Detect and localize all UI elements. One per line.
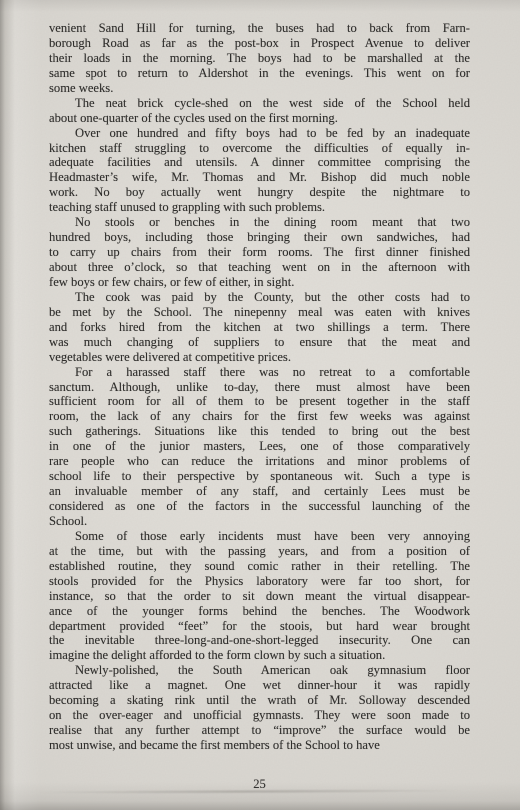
text-line: an invaluable member of any staff, and c…	[49, 484, 470, 499]
text-line: No stools or benches in the dining room …	[49, 215, 470, 230]
text-line: imagine the delight afforded to the form…	[49, 648, 470, 663]
text-line: about one-quarter of the cycles used on …	[49, 111, 470, 126]
text-line: established routine, they sound comic ra…	[49, 559, 470, 574]
text-line: their loads in the morning. The boys had…	[49, 51, 470, 66]
text-line: The neat brick cycle-shed on the west si…	[49, 96, 470, 111]
text-line: The cook was paid by the County, but the…	[49, 290, 470, 305]
text-line: venient Sand Hill for turning, the buses…	[49, 21, 470, 36]
text-line: school life to their perspective by spon…	[49, 469, 470, 484]
text-line: instance, so that the order to sit down …	[49, 589, 470, 604]
scanned-book-page: venient Sand Hill for turning, the buses…	[0, 0, 520, 810]
text-line: Over one hundred and fifty boys had to b…	[49, 126, 470, 141]
paragraph: For a harassed staff there was no retrea…	[49, 365, 470, 529]
text-line: considered as one of the factors in the …	[49, 499, 470, 514]
text-line: realise that any further attempt to “imp…	[49, 723, 470, 738]
text-line: the inevitable three-long-and-one-short-…	[49, 633, 470, 648]
text-line: some weeks.	[49, 81, 470, 96]
paragraph: venient Sand Hill for turning, the buses…	[49, 21, 470, 96]
paragraph: Over one hundred and fifty boys had to b…	[49, 126, 470, 216]
text-line: on the over-eager and unofficial gymnast…	[49, 708, 470, 723]
text-line: at the time, but with the passing years,…	[49, 544, 470, 559]
text-line: most unwise, and became the first member…	[49, 738, 470, 753]
paragraph: The cook was paid by the County, but the…	[49, 290, 470, 365]
text-line: department provided “feet” for the stooi…	[49, 619, 470, 634]
paragraph: Some of those early incidents must have …	[49, 529, 470, 663]
page-number: 25	[49, 777, 470, 792]
text-line: vegetables were delivered at competitive…	[49, 350, 470, 365]
text-line: and forks hired from the kitchen at two …	[49, 320, 470, 335]
text-line: sufficient room for all of them to be pr…	[49, 394, 470, 409]
text-line: such gatherings. Situations like this te…	[49, 424, 470, 439]
text-line: adequate facilities and utensils. A dinn…	[49, 155, 470, 170]
text-line: borough Road as far as the post-box in P…	[49, 36, 470, 51]
text-line: Headmaster’s wife, Mr. Thomas and Mr. Bi…	[49, 170, 470, 185]
text-line: ance of the younger forms behind the ben…	[49, 604, 470, 619]
text-line: Some of those early incidents must have …	[49, 529, 470, 544]
text-line: For a harassed staff there was no retrea…	[49, 365, 470, 380]
text-line: about three o’clock, so that teaching we…	[49, 260, 470, 275]
text-line: kitchen staff struggling to overcome the…	[49, 141, 470, 156]
text-line: hundred boys, including those bringing t…	[49, 230, 470, 245]
text-line: sanctum. Although, unlike to-day, there …	[49, 380, 470, 395]
text-line: to carry up chairs from their form rooms…	[49, 245, 470, 260]
text-line: teaching staff unused to grappling with …	[49, 200, 470, 215]
paragraph: Newly-polished, the South American oak g…	[49, 663, 470, 753]
text-line: Newly-polished, the South American oak g…	[49, 663, 470, 678]
text-line: in one of the junior masters, Lees, one …	[49, 439, 470, 454]
paragraph: No stools or benches in the dining room …	[49, 215, 470, 290]
text-line: stools provided for the Physics laborato…	[49, 574, 470, 589]
text-line: was much changing of suppliers to ensure…	[49, 335, 470, 350]
text-line: becoming a skating rink until the wrath …	[49, 693, 470, 708]
paragraph: The neat brick cycle-shed on the west si…	[49, 96, 470, 126]
text-line: rare people who can reduce the irritatio…	[49, 454, 470, 469]
page-text-block: venient Sand Hill for turning, the buses…	[49, 21, 470, 753]
text-line: room, the lack of any chairs for the fir…	[49, 409, 470, 424]
text-line: attracted like a magnet. One wet dinner-…	[49, 678, 470, 693]
text-line: School.	[49, 514, 470, 529]
text-line: few boys or few chairs, or few of either…	[49, 275, 470, 290]
text-line: be met by the School. The ninepenny meal…	[49, 305, 470, 320]
text-line: work. No boy actually went hungry despit…	[49, 185, 470, 200]
text-line: same spot to return to Aldershot in the …	[49, 66, 470, 81]
